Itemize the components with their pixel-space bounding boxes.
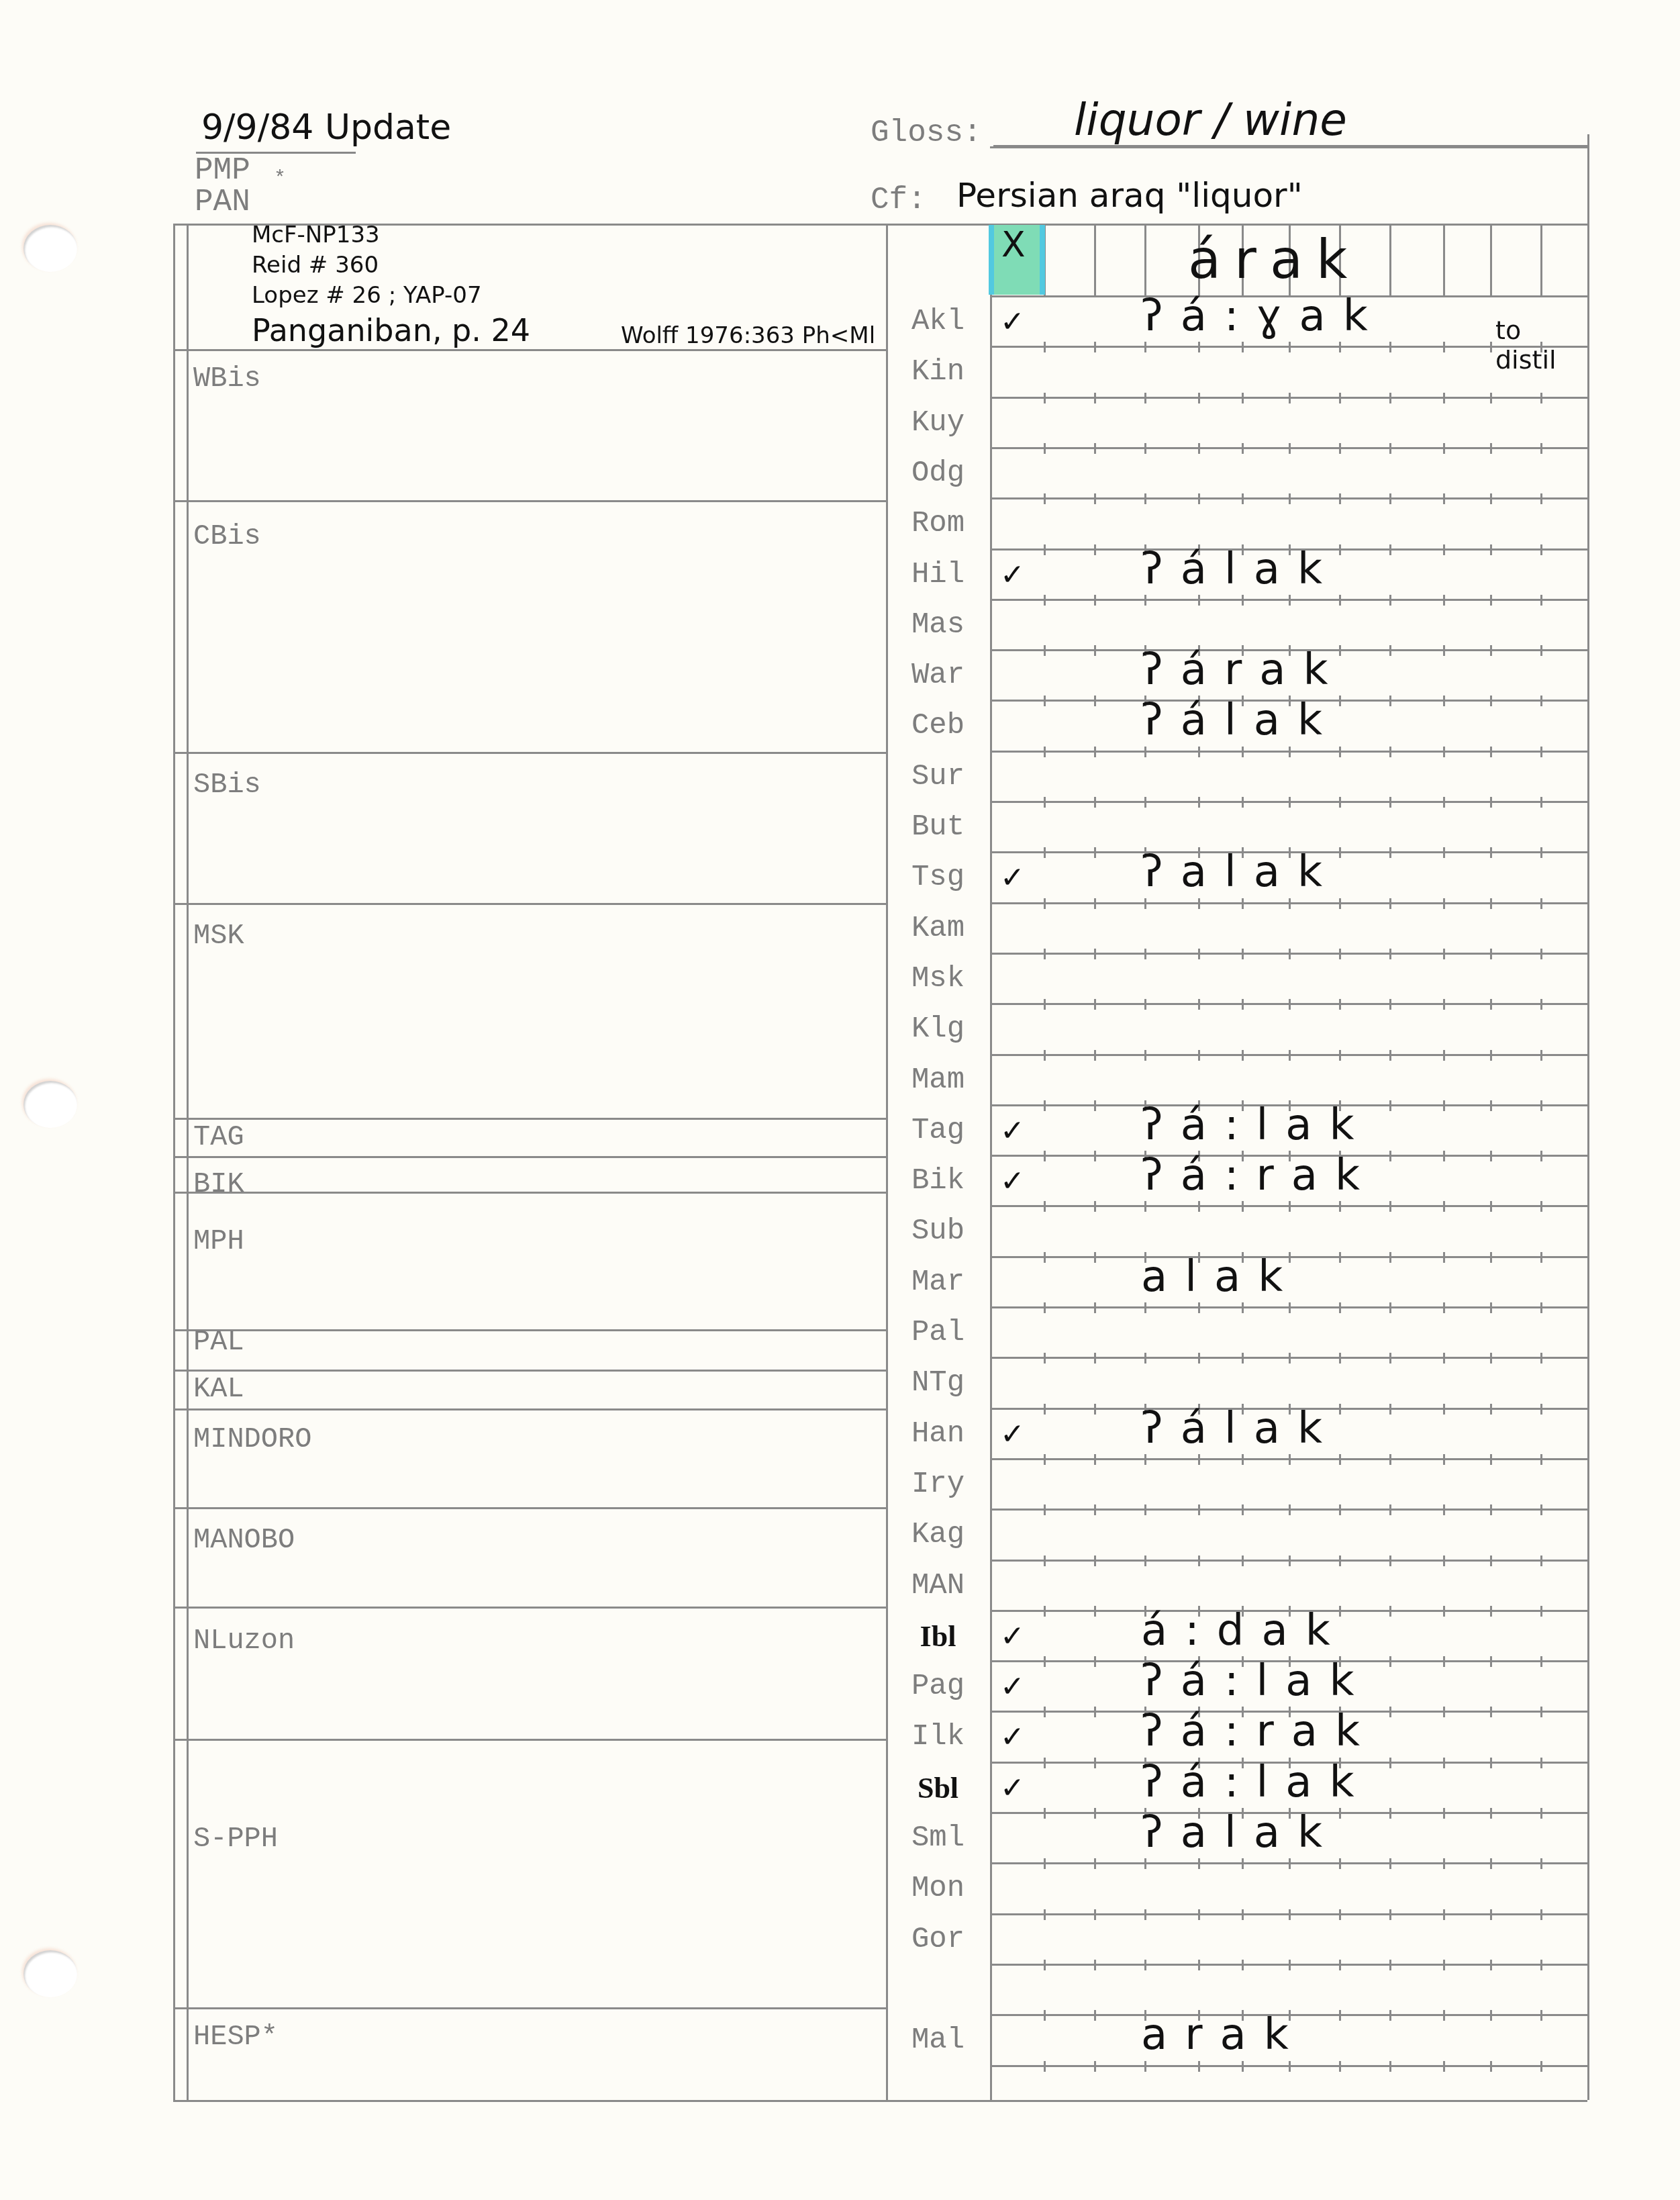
row-tick xyxy=(1094,1404,1096,1415)
row-tick xyxy=(1339,999,1341,1010)
row-tick xyxy=(1389,2010,1391,2021)
language-column-left-line xyxy=(886,224,888,2100)
row-tick xyxy=(1144,443,1146,454)
row-tick xyxy=(1094,999,1096,1010)
row-tick xyxy=(1094,2010,1096,2021)
row-tick xyxy=(1389,797,1391,808)
row-tick xyxy=(1094,1454,1096,1465)
language-code: Sml xyxy=(886,1821,990,1855)
row-tick xyxy=(1044,898,1046,909)
row-tick xyxy=(1044,1960,1046,1970)
header-cell-divider xyxy=(1094,224,1096,295)
row-tick xyxy=(1289,1302,1291,1313)
row-tick xyxy=(1339,1454,1341,1465)
row-tick xyxy=(1540,1606,1542,1617)
reflex-form[interactable]: ʔálak xyxy=(1141,1404,1340,1453)
row-tick xyxy=(1540,1454,1542,1465)
language-code: Sub xyxy=(886,1214,990,1248)
subgroup-divider xyxy=(173,752,886,754)
update-date-note: 9/9/84 Update xyxy=(201,107,451,148)
row-tick xyxy=(1339,797,1341,808)
row-tick xyxy=(1094,1606,1096,1617)
row-tick xyxy=(1289,393,1291,403)
row-tick xyxy=(1443,645,1445,656)
row-tick xyxy=(1339,443,1341,454)
gloss-box-top xyxy=(990,146,1587,148)
row-tick xyxy=(1540,1353,1542,1364)
binder-hole-middle xyxy=(23,1081,77,1128)
row-tick xyxy=(1490,2061,1492,2072)
row-tick xyxy=(1540,1201,1542,1212)
row-tick xyxy=(1339,1252,1341,1263)
cognate-check-icon[interactable]: ✓ xyxy=(1000,1720,1025,1754)
row-tick xyxy=(1339,595,1341,606)
row-tick xyxy=(1443,747,1445,757)
row-tick xyxy=(1144,999,1146,1010)
reflex-form[interactable]: ʔá:lak xyxy=(1141,1656,1372,1706)
row-tick xyxy=(1198,1960,1200,1970)
row-tick xyxy=(1389,1606,1391,1617)
row-tick xyxy=(1094,797,1096,808)
cognate-check-icon[interactable]: ✓ xyxy=(1000,1670,1025,1704)
cognate-check-icon[interactable]: ✓ xyxy=(1000,1771,1025,1805)
row-tick xyxy=(1144,393,1146,403)
row-tick xyxy=(1490,1252,1492,1263)
row-tick xyxy=(1044,1656,1046,1667)
row-tick xyxy=(1389,1252,1391,1263)
subgroup-label: S-PPH xyxy=(193,1823,278,1855)
row-tick xyxy=(1094,1556,1096,1566)
row-tick xyxy=(1389,1707,1391,1717)
row-tick xyxy=(1289,493,1291,504)
row-tick xyxy=(1044,1858,1046,1869)
frame-right-line xyxy=(1587,134,1589,2100)
row-tick xyxy=(1490,797,1492,808)
row-tick xyxy=(1490,1404,1492,1415)
reference-lopez: Lopez # 26 ; YAP-07 xyxy=(252,282,482,309)
row-tick xyxy=(1044,443,1046,454)
language-column-right-line xyxy=(990,224,992,2100)
row-tick xyxy=(1389,595,1391,606)
row-tick xyxy=(1339,1302,1341,1313)
row-tick xyxy=(1289,1556,1291,1566)
row-tick xyxy=(1443,595,1445,606)
row-tick xyxy=(1389,1909,1391,1920)
subgroup-divider xyxy=(173,1370,886,1372)
row-tick xyxy=(1198,1909,1200,1920)
row-tick xyxy=(1144,1353,1146,1364)
cognate-check-icon[interactable]: ✓ xyxy=(1000,558,1025,592)
row-tick xyxy=(1242,1909,1244,1920)
cf-label: Cf: xyxy=(871,183,926,218)
row-tick xyxy=(1339,1960,1341,1970)
reference-wolff: Wolff 1976:363 Ph<Ml xyxy=(621,322,875,349)
row-tick xyxy=(1540,696,1542,706)
row-tick xyxy=(1443,2061,1445,2072)
cognate-check-icon[interactable]: ✓ xyxy=(1000,305,1025,339)
row-tick xyxy=(1389,493,1391,504)
subgroup-label: SBis xyxy=(193,769,261,801)
row-tick xyxy=(1389,847,1391,858)
row-tick xyxy=(1490,1909,1492,1920)
header-cell-divider xyxy=(1540,224,1542,295)
row-tick xyxy=(1389,1960,1391,1970)
row-tick xyxy=(1289,797,1291,808)
row-tick xyxy=(1443,1808,1445,1819)
language-code: Sbl xyxy=(886,1771,990,1805)
language-code: Pal xyxy=(886,1316,990,1349)
row-tick xyxy=(1094,949,1096,959)
row-tick xyxy=(1540,595,1542,606)
row-tick xyxy=(1339,2061,1341,2072)
row-tick xyxy=(1389,1556,1391,1566)
reflex-form[interactable]: ʔá:ɣak xyxy=(1141,291,1385,341)
row-tick xyxy=(1044,999,1046,1010)
subgroup-divider xyxy=(173,1329,886,1331)
row-tick xyxy=(1242,797,1244,808)
row-tick xyxy=(1044,342,1046,352)
row-tick xyxy=(1540,393,1542,403)
reflex-form[interactable]: ʔá:rak xyxy=(1141,1151,1377,1200)
header-cell-divider xyxy=(1443,224,1445,295)
row-tick xyxy=(1198,1201,1200,1212)
row-tick xyxy=(1490,1556,1492,1566)
row-tick xyxy=(1389,342,1391,352)
reflex-form[interactable]: ʔárak xyxy=(1141,645,1345,695)
row-tick xyxy=(1242,1353,1244,1364)
subgroup-label: NLuzon xyxy=(193,1625,295,1657)
cognate-check-icon[interactable]: ✓ xyxy=(1000,1164,1025,1198)
row-tick xyxy=(1490,2010,1492,2021)
row-tick xyxy=(1289,1454,1291,1465)
row-tick xyxy=(1289,342,1291,352)
row-tick xyxy=(1242,595,1244,606)
row-tick xyxy=(1490,898,1492,909)
row-tick xyxy=(1443,1201,1445,1212)
row-tick xyxy=(1044,1808,1046,1819)
row-tick xyxy=(1044,1353,1046,1364)
row-tick xyxy=(1242,1454,1244,1465)
row-tick xyxy=(1044,949,1046,959)
row-tick xyxy=(1044,747,1046,757)
row-tick xyxy=(1339,1504,1341,1515)
row-tick xyxy=(1242,493,1244,504)
language-code: Mar xyxy=(886,1265,990,1299)
row-tick xyxy=(1044,1606,1046,1617)
subgroup-divider xyxy=(173,349,886,351)
row-tick xyxy=(1443,696,1445,706)
language-code: Mam xyxy=(886,1063,990,1097)
language-code: Ceb xyxy=(886,709,990,743)
frame-left-inner-line xyxy=(187,224,189,2100)
row-tick xyxy=(1443,797,1445,808)
row-tick xyxy=(1289,1201,1291,1212)
row-tick xyxy=(1094,443,1096,454)
row-tick xyxy=(1443,1656,1445,1667)
binder-hole-bottom xyxy=(23,1950,77,1997)
language-code: War xyxy=(886,659,990,692)
row-tick xyxy=(1490,595,1492,606)
subgroup-divider xyxy=(173,1118,886,1120)
reflex-form[interactable]: ʔálak xyxy=(1141,544,1340,594)
row-tick xyxy=(1443,949,1445,959)
row-tick xyxy=(1144,1050,1146,1061)
row-tick xyxy=(1490,393,1492,403)
row-tick xyxy=(1198,393,1200,403)
language-code: Gor xyxy=(886,1923,990,1956)
reflex-form[interactable]: ʔá:lak xyxy=(1141,1758,1372,1807)
row-tick xyxy=(1144,1504,1146,1515)
row-tick xyxy=(1198,342,1200,352)
row-tick xyxy=(1198,1858,1200,1869)
language-code: Kin xyxy=(886,355,990,389)
row-tick xyxy=(1044,1707,1046,1717)
row-tick xyxy=(1044,544,1046,555)
row-tick xyxy=(1044,2010,1046,2021)
row-tick xyxy=(1389,1151,1391,1161)
language-code: Bik xyxy=(886,1164,990,1198)
row-tick xyxy=(1389,645,1391,656)
language-code: Ibl xyxy=(886,1619,990,1654)
row-tick xyxy=(1198,999,1200,1010)
row-tick xyxy=(1490,342,1492,352)
pmp-label: PMP xyxy=(195,153,250,188)
row-tick xyxy=(1389,1100,1391,1111)
reflex-form[interactable]: ʔá:rak xyxy=(1141,1707,1377,1756)
row-tick xyxy=(1094,1302,1096,1313)
row-tick xyxy=(1490,1302,1492,1313)
row-tick xyxy=(1389,1404,1391,1415)
row-tick xyxy=(1044,1909,1046,1920)
header-cell-divider xyxy=(1389,224,1391,295)
row-tick xyxy=(1339,898,1341,909)
reflex-form[interactable]: ʔálak xyxy=(1141,696,1340,745)
row-tick xyxy=(1242,1302,1244,1313)
row-tick xyxy=(1094,1960,1096,1970)
language-code: Sur xyxy=(886,760,990,794)
cf-value[interactable]: Persian araq "liquor" xyxy=(956,176,1303,215)
row-tick xyxy=(1044,696,1046,706)
row-tick xyxy=(1339,1858,1341,1869)
subgroup-label: PAL xyxy=(193,1326,244,1358)
cognate-check-icon[interactable]: ✓ xyxy=(1000,861,1025,895)
row-tick xyxy=(1044,493,1046,504)
row-tick xyxy=(1339,2010,1341,2021)
row-tick xyxy=(1094,898,1096,909)
reconstruction-form[interactable]: árak xyxy=(1188,228,1361,291)
row-tick xyxy=(1443,493,1445,504)
row-tick xyxy=(1094,1707,1096,1717)
row-tick xyxy=(1094,1252,1096,1263)
row-tick xyxy=(1242,1504,1244,1515)
row-tick xyxy=(1094,1858,1096,1869)
row-tick xyxy=(1540,949,1542,959)
cognate-check-icon[interactable]: ✓ xyxy=(1000,1619,1025,1654)
row-tick xyxy=(1242,443,1244,454)
reference-panganiban: Panganiban, p. 24 xyxy=(252,312,530,348)
frame-bottom-line xyxy=(173,2100,1587,2102)
row-tick xyxy=(1144,1858,1146,1869)
row-tick xyxy=(1490,1808,1492,1819)
row-tick xyxy=(1198,1556,1200,1566)
row-tick xyxy=(1389,443,1391,454)
row-tick xyxy=(1490,1758,1492,1768)
reflex-form[interactable]: ʔalak xyxy=(1141,847,1340,897)
row-tick xyxy=(1443,1050,1445,1061)
cognate-check-icon[interactable]: ✓ xyxy=(1000,1417,1025,1451)
reflex-form[interactable]: ʔá:lak xyxy=(1141,1100,1372,1150)
row-tick xyxy=(1044,1201,1046,1212)
row-tick xyxy=(1540,999,1542,1010)
row-tick xyxy=(1540,1151,1542,1161)
row-tick xyxy=(1443,1100,1445,1111)
row-tick xyxy=(1490,645,1492,656)
row-tick xyxy=(1490,544,1492,555)
row-tick xyxy=(1198,1504,1200,1515)
row-tick xyxy=(1443,1858,1445,1869)
row-tick xyxy=(1540,1404,1542,1415)
row-tick xyxy=(1490,696,1492,706)
row-tick xyxy=(1540,1707,1542,1717)
row-tick xyxy=(1094,696,1096,706)
row-tick xyxy=(1144,342,1146,352)
row-tick xyxy=(1198,493,1200,504)
row-tick xyxy=(1094,1050,1096,1061)
row-tick xyxy=(1540,443,1542,454)
row-tick xyxy=(1540,1960,1542,1970)
row-tick xyxy=(1540,1656,1542,1667)
gloss-value[interactable]: liquor / wine xyxy=(1074,94,1347,146)
row-tick xyxy=(1289,1909,1291,1920)
cognate-check-icon[interactable]: ✓ xyxy=(1000,1114,1025,1148)
row-tick xyxy=(1389,1808,1391,1819)
row-tick xyxy=(1198,443,1200,454)
row-tick xyxy=(1044,1252,1046,1263)
reflex-form[interactable]: á:dak xyxy=(1141,1606,1348,1656)
language-code: Klg xyxy=(886,1012,990,1046)
language-code: NTg xyxy=(886,1366,990,1400)
subgroup-label: MPH xyxy=(193,1225,244,1257)
language-code: But xyxy=(886,810,990,844)
subgroup-label: TAG xyxy=(193,1121,244,1153)
row-tick xyxy=(1094,747,1096,757)
row-tick xyxy=(1094,595,1096,606)
row-tick xyxy=(1389,696,1391,706)
row-tick xyxy=(1540,1252,1542,1263)
row-tick xyxy=(1289,898,1291,909)
binder-hole-top xyxy=(23,225,77,272)
subgroup-label: MANOBO xyxy=(193,1524,295,1556)
row-tick xyxy=(1339,747,1341,757)
row-tick xyxy=(1443,443,1445,454)
subgroup-label: HESP* xyxy=(193,2021,278,2053)
row-tick xyxy=(1443,1758,1445,1768)
row-tick xyxy=(1094,847,1096,858)
row-tick xyxy=(1389,747,1391,757)
row-tick xyxy=(1242,2061,1244,2072)
row-tick xyxy=(1242,747,1244,757)
subgroup-label: MSK xyxy=(193,920,244,952)
row-tick xyxy=(1443,1606,1445,1617)
row-tick xyxy=(1490,1707,1492,1717)
row-tick xyxy=(1389,544,1391,555)
row-tick xyxy=(1144,595,1146,606)
row-tick xyxy=(1490,493,1492,504)
row-tick xyxy=(1242,342,1244,352)
row-tick xyxy=(1490,1454,1492,1465)
row-tick xyxy=(1490,1050,1492,1061)
reflex-form[interactable]: ʔalak xyxy=(1141,1808,1340,1858)
row-tick xyxy=(1044,1556,1046,1566)
row-tick xyxy=(1289,2061,1291,2072)
row-tick xyxy=(1094,2061,1096,2072)
row-tick xyxy=(1490,847,1492,858)
row-tick xyxy=(1289,1504,1291,1515)
row-tick xyxy=(1044,1758,1046,1768)
row-tick xyxy=(1389,2061,1391,2072)
row-tick xyxy=(1144,1960,1146,1970)
row-tick xyxy=(1490,949,1492,959)
frame-top-line xyxy=(173,224,1587,226)
language-code: Kam xyxy=(886,912,990,945)
subgroup-divider xyxy=(173,1156,886,1158)
row-tick xyxy=(1044,1504,1046,1515)
language-code: Iry xyxy=(886,1468,990,1501)
row-tick xyxy=(1540,1302,1542,1313)
row-tick xyxy=(1540,1808,1542,1819)
reflex-form[interactable]: alak xyxy=(1141,1252,1300,1302)
row-tick xyxy=(1540,1100,1542,1111)
row-tick xyxy=(1242,393,1244,403)
reference-mcf: McF-NP133 xyxy=(252,222,380,248)
row-tick xyxy=(1540,847,1542,858)
row-tick xyxy=(1198,1302,1200,1313)
header-cell-divider xyxy=(1144,224,1146,295)
row-tick xyxy=(1339,1353,1341,1364)
subgroup-label: KAL xyxy=(193,1373,244,1405)
row-tick xyxy=(1044,1100,1046,1111)
row-tick xyxy=(1389,1656,1391,1667)
row-tick xyxy=(1198,898,1200,909)
subgroup-divider xyxy=(173,1507,886,1509)
row-tick xyxy=(1443,1353,1445,1364)
row-tick xyxy=(1242,1960,1244,1970)
reflex-form[interactable]: arak xyxy=(1141,2010,1306,2060)
row-tick xyxy=(1144,797,1146,808)
subgroup-divider xyxy=(173,1192,886,1194)
row-tick xyxy=(1389,1758,1391,1768)
reconstruction-marker: X xyxy=(1001,225,1026,265)
row-tick xyxy=(1389,1302,1391,1313)
row-tick xyxy=(1443,1960,1445,1970)
row-tick xyxy=(1339,1050,1341,1061)
row-tick xyxy=(1389,1454,1391,1465)
row-tick xyxy=(1540,797,1542,808)
row-tick xyxy=(1094,493,1096,504)
row-tick xyxy=(1540,1050,1542,1061)
row-tick xyxy=(1094,645,1096,656)
row-tick xyxy=(1443,2010,1445,2021)
row-tick xyxy=(1044,1050,1046,1061)
row-tick xyxy=(1144,1454,1146,1465)
row-tick xyxy=(1242,1556,1244,1566)
row-tick xyxy=(1540,1858,1542,1869)
row-tick xyxy=(1540,645,1542,656)
row-tick xyxy=(1198,747,1200,757)
row-tick xyxy=(1144,747,1146,757)
language-code: Hil xyxy=(886,558,990,591)
row-tick xyxy=(1094,1758,1096,1768)
